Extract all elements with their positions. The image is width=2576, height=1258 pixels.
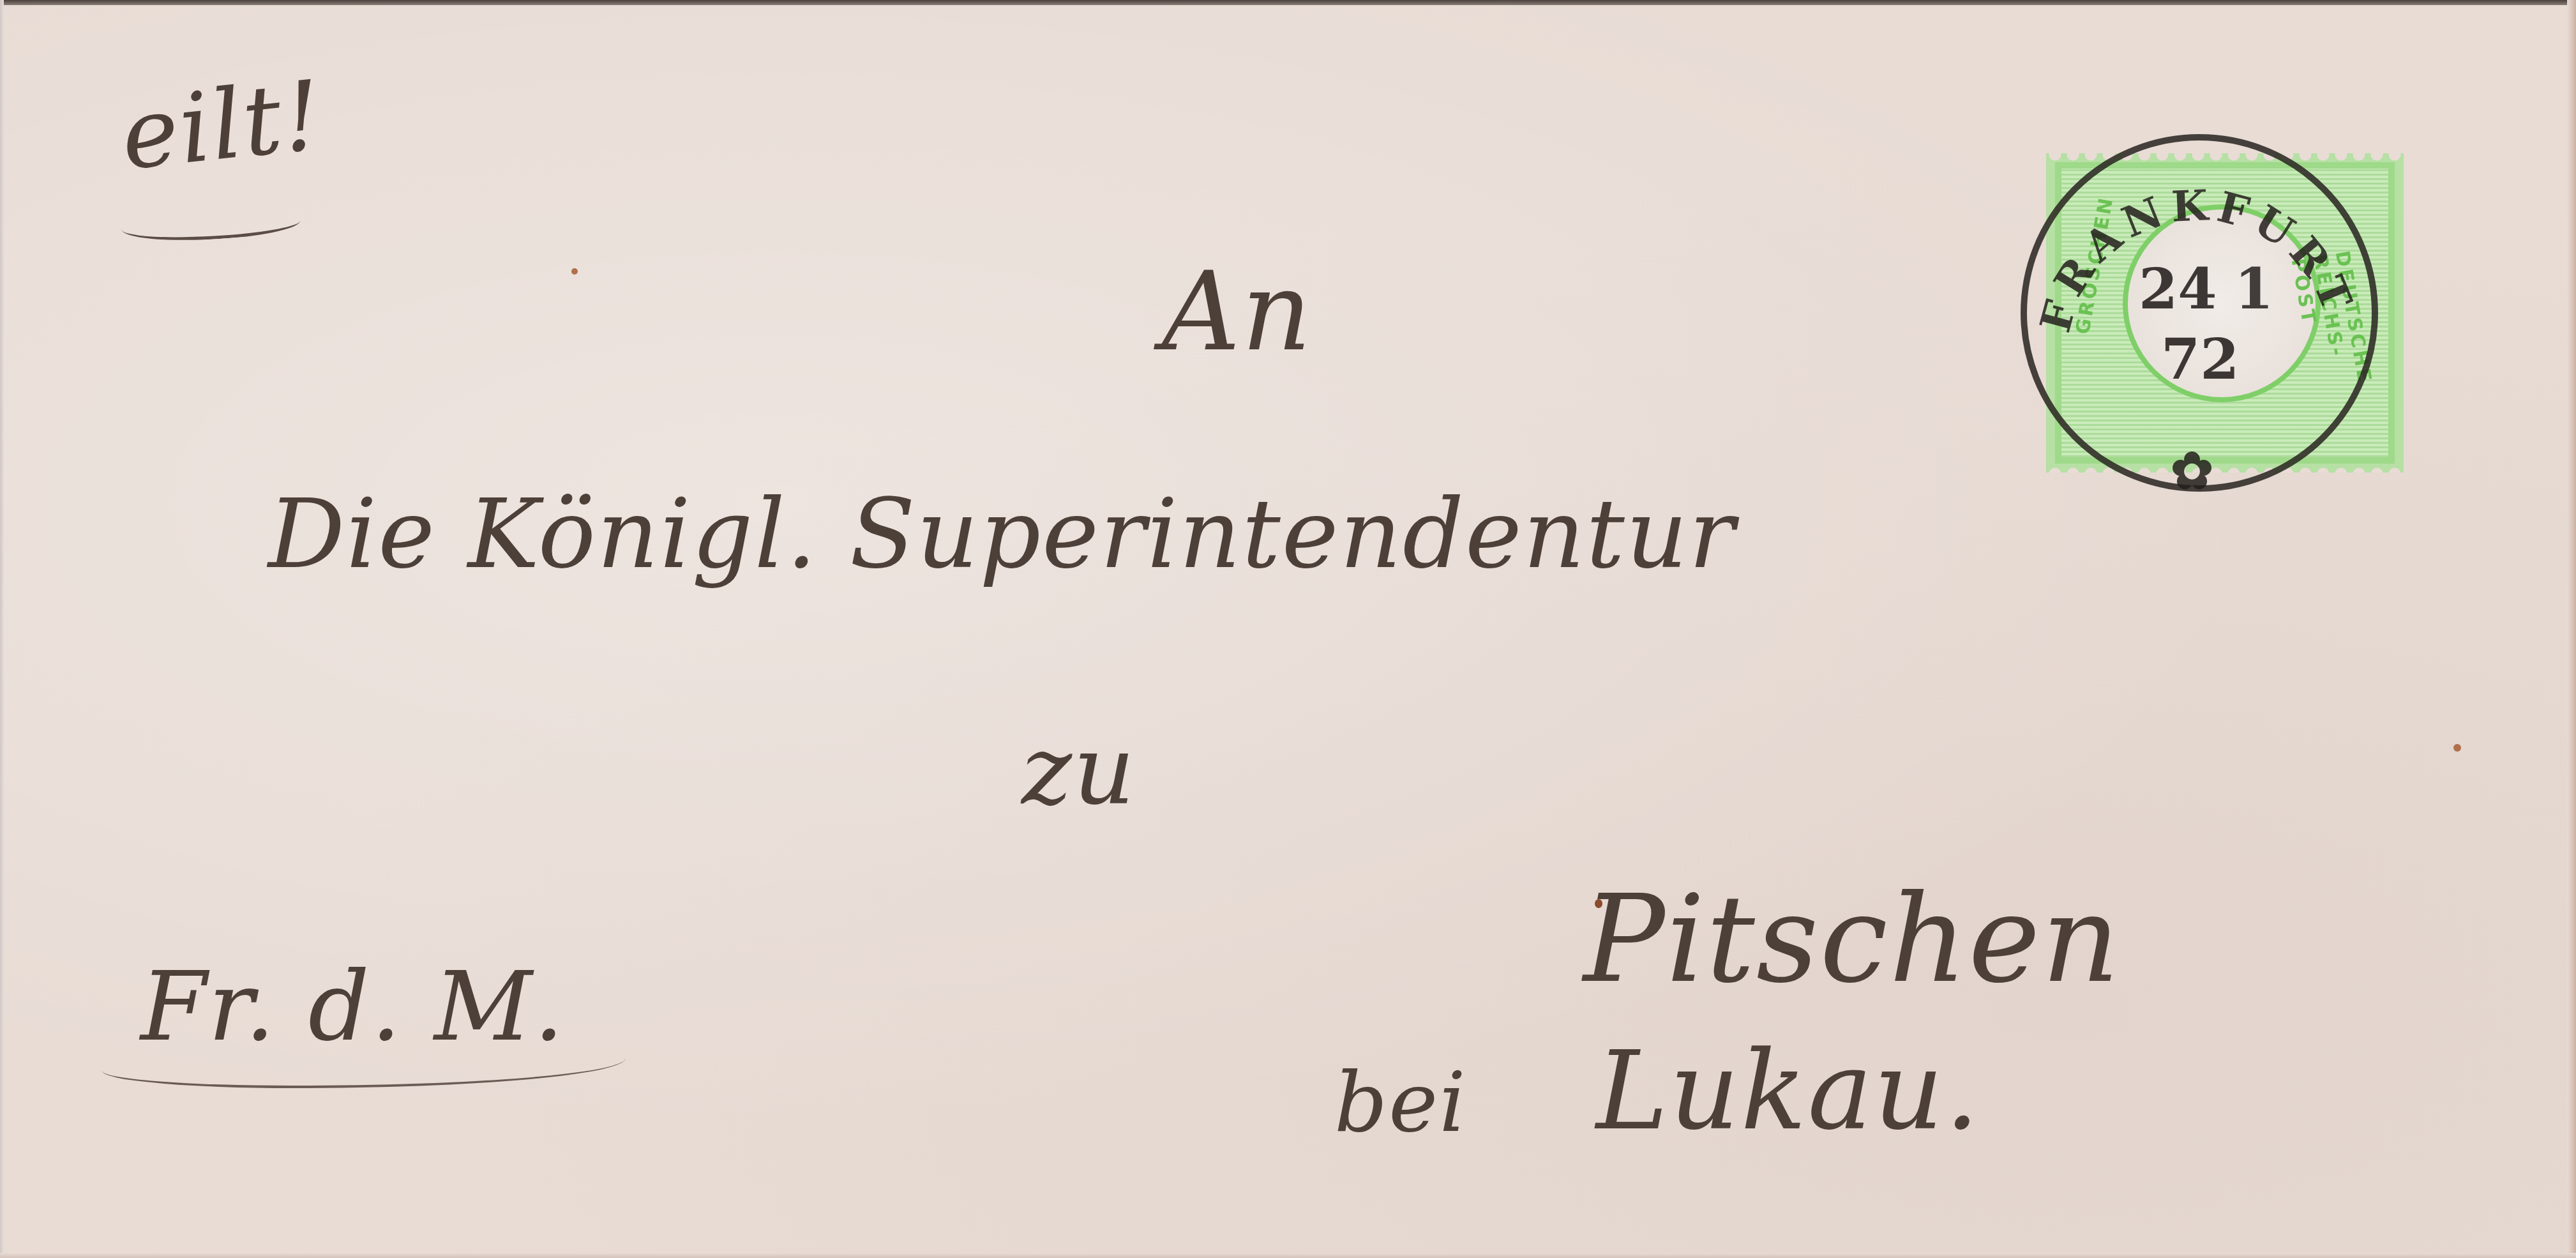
destination-town: Pitschen bbox=[1583, 868, 2121, 1010]
urgent-mark: eilt! bbox=[116, 60, 328, 192]
postal-note-underline bbox=[102, 1041, 626, 1088]
postmark-month: 1 bbox=[2234, 255, 2273, 322]
foxing-spot bbox=[2453, 744, 2461, 752]
postmark-year: 72 bbox=[2161, 326, 2239, 392]
district-prefix: bei bbox=[1334, 1054, 1467, 1151]
destination-district: Lukau. bbox=[1596, 1028, 1980, 1155]
right-edge bbox=[2567, 0, 2576, 1258]
foxing-spot bbox=[1595, 899, 1602, 908]
letter-cover: eilt! An Die Königl. Superintendentur zu… bbox=[0, 0, 2576, 1258]
foxing-spot bbox=[571, 268, 578, 275]
salutation: An bbox=[1162, 249, 1313, 375]
top-edge-shadow bbox=[0, 0, 2576, 5]
recipient-line: Die Königl. Superintendentur bbox=[268, 479, 1736, 590]
urgent-underline bbox=[121, 204, 301, 245]
postmark-day: 24 bbox=[2139, 255, 2217, 322]
bottom-edge bbox=[0, 1253, 2576, 1258]
postmark-ornament-icon: ✿ bbox=[2171, 441, 2213, 501]
left-edge bbox=[0, 0, 4, 1258]
preposition: zu bbox=[1021, 715, 1136, 826]
